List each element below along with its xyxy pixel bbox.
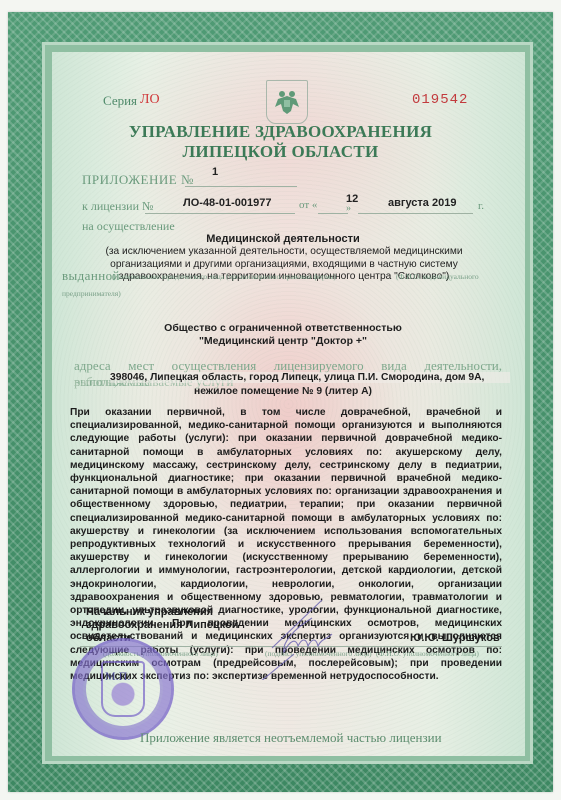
date-day-line — [318, 213, 348, 214]
activity-label: на осуществление — [82, 219, 175, 234]
date-from-label: от « — [299, 199, 317, 211]
handwritten-signature — [212, 600, 362, 680]
seal-label: М.П. — [105, 669, 130, 684]
issued-hint-right: (Ф.И.О. индивидуального — [396, 272, 479, 281]
date-quote-close: » — [346, 203, 351, 214]
serial-number: 019542 — [412, 92, 468, 108]
organization-name-line2: "Медицинский центр "Доктор +" — [68, 335, 498, 347]
issued-hint-line2: предпринимателя) — [62, 289, 121, 298]
organization-name-line1: Общество с ограниченной ответственностью — [68, 322, 498, 334]
document-content: Серия ЛО 019542 УПРАВЛЕНИЕ ЗДРАВООХРАНЕН… — [0, 0, 561, 800]
address-value-line2: нежилое помещение № 9 (литер А) — [68, 386, 498, 397]
footer-note: Приложение является неотъемлемой частью … — [140, 730, 442, 746]
signatory-name: Ю.Ю. Шуршуков — [410, 632, 500, 644]
authority-title-line1: УПРАВЛЕНИЕ ЗДРАВООХРАНЕНИЯ — [0, 122, 561, 142]
year-suffix: г. — [478, 200, 484, 212]
appendix-label: ПРИЛОЖЕНИЕ № — [82, 172, 194, 188]
date-month-line — [358, 213, 473, 214]
issued-hint-left: (наименование юридического лица (организ… — [112, 272, 336, 281]
license-label: к лицензии № — [82, 199, 153, 214]
signatory-position-line1: Начальник управления — [86, 606, 213, 618]
address-value-line1: 398046, Липецкая область, город Липецк, … — [110, 372, 510, 383]
double-headed-eagle-icon — [273, 87, 301, 117]
series-value: ЛО — [140, 92, 160, 108]
coat-of-arms-icon — [266, 80, 308, 124]
date-month-year: августа 2019 — [388, 197, 456, 209]
official-seal-stamp: М.П. — [72, 638, 174, 740]
activity-title: Медицинской деятельности — [68, 233, 498, 245]
appendix-number-line — [185, 186, 297, 187]
license-number-line — [145, 213, 295, 214]
caption-name: (Ф.И.О. уполномоченного лица) — [376, 649, 479, 658]
appendix-number: 1 — [212, 166, 218, 178]
series-label: Серия — [103, 93, 137, 109]
authority-title-line2: ЛИПЕЦКОЙ ОБЛАСТИ — [0, 142, 561, 162]
license-number: ЛО-48-01-001977 — [183, 197, 271, 209]
